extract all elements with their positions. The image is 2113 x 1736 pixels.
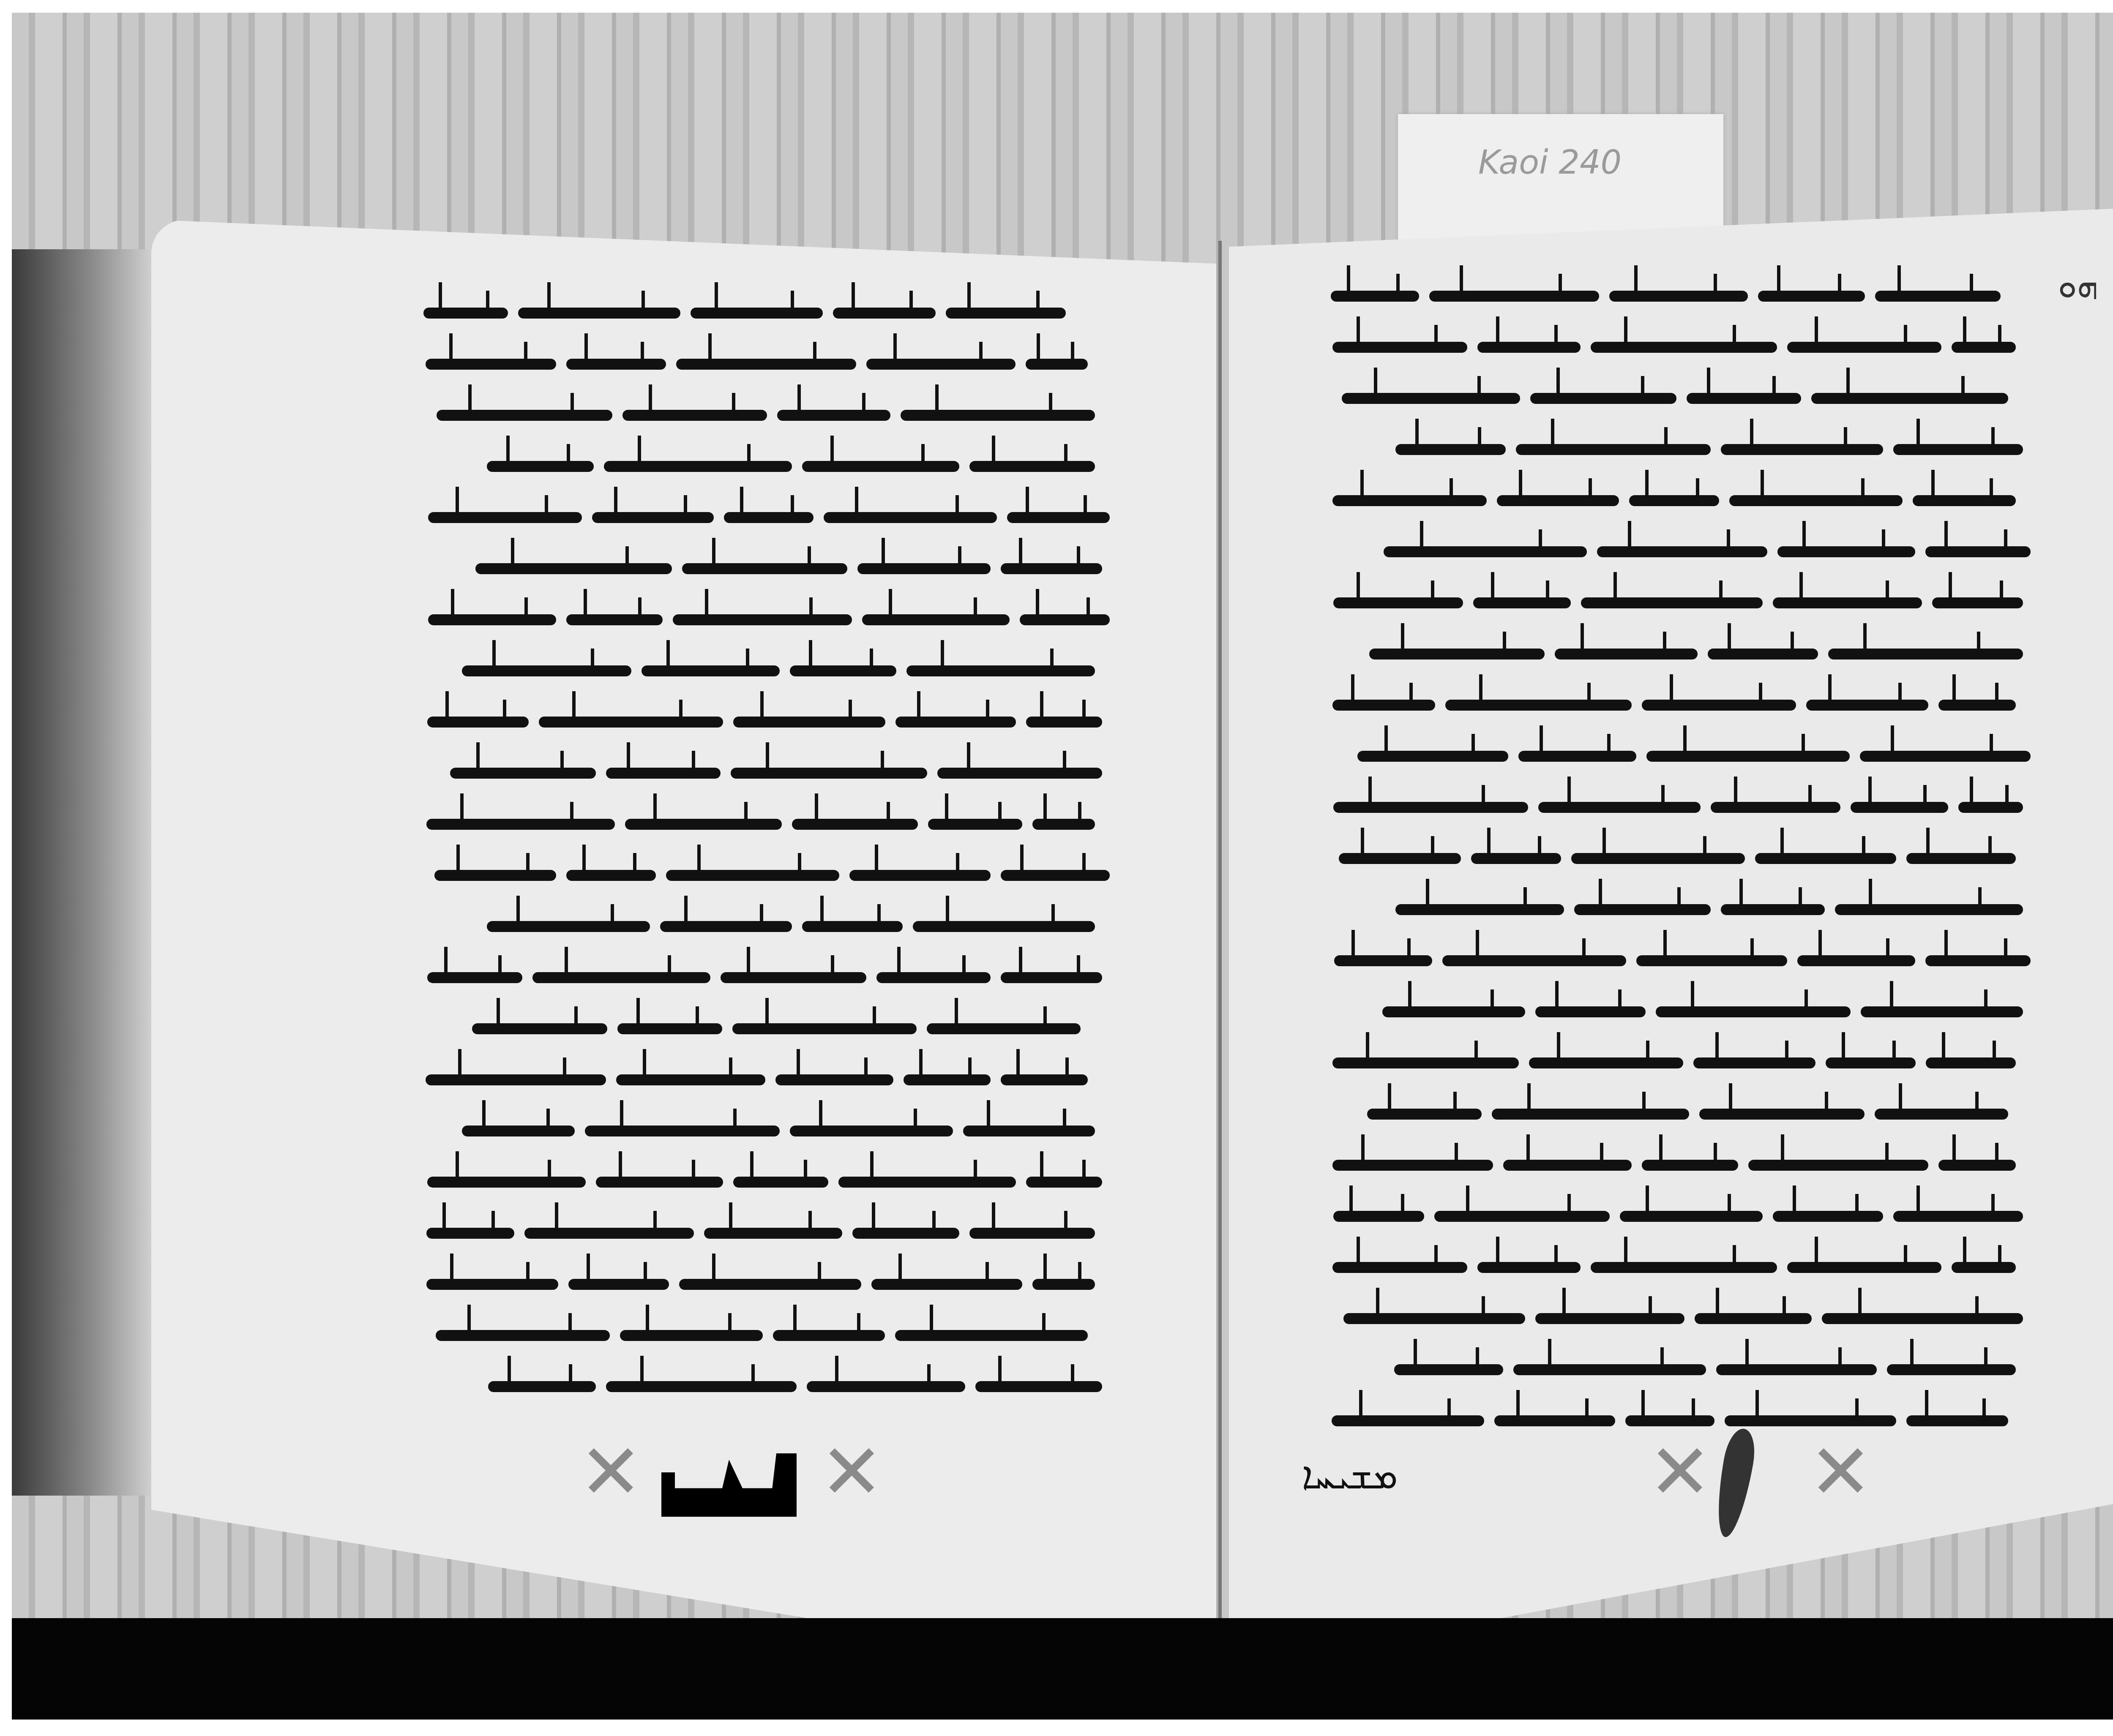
script-word — [566, 359, 666, 370]
text-line — [397, 1207, 1095, 1259]
script-word — [1925, 546, 2030, 557]
script-word — [1748, 1160, 1928, 1171]
script-word — [824, 512, 997, 523]
script-word — [606, 1381, 796, 1392]
script-word — [969, 1228, 1095, 1239]
text-line — [1302, 935, 2031, 986]
script-word — [1026, 1177, 1102, 1188]
script-word — [436, 1330, 610, 1341]
script-word — [1032, 1279, 1095, 1290]
script-word — [1535, 1006, 1646, 1017]
text-line — [1302, 373, 2008, 424]
script-word — [487, 921, 650, 932]
script-word — [732, 1023, 917, 1034]
script-word — [866, 359, 1016, 370]
script-word — [1492, 1109, 1689, 1120]
script-word — [895, 717, 1016, 728]
catchword: ܡܫܝܚܐ — [1302, 1453, 1398, 1498]
text-line — [1302, 986, 2023, 1037]
script-word — [487, 461, 594, 472]
script-word — [895, 1330, 1088, 1341]
text-line — [1302, 730, 2031, 782]
script-word — [1513, 1364, 1706, 1375]
script-word — [1357, 751, 1508, 762]
script-word — [1434, 1211, 1610, 1222]
script-word — [1597, 546, 1768, 557]
script-word — [437, 410, 612, 421]
text-line — [1302, 1139, 2016, 1191]
script-word — [1395, 444, 1506, 455]
script-word — [1851, 802, 1948, 813]
script-word — [1699, 1109, 1865, 1120]
script-word — [1442, 955, 1626, 966]
text-line — [1302, 679, 2016, 730]
right-page-text — [1302, 270, 2045, 1446]
script-word — [606, 768, 720, 779]
script-word — [792, 819, 917, 830]
shelf-label-text: Kaoi 240 — [1478, 144, 1622, 182]
script-word — [790, 665, 897, 676]
script-word — [775, 1074, 893, 1085]
script-word — [642, 665, 780, 676]
script-word — [1620, 1211, 1763, 1222]
script-word — [472, 1023, 607, 1034]
script-word — [679, 1279, 861, 1290]
script-word — [622, 410, 767, 421]
script-word — [426, 1228, 514, 1239]
script-word — [1729, 495, 1903, 506]
script-word — [434, 870, 556, 881]
text-line — [397, 543, 1102, 594]
script-word — [524, 1228, 694, 1239]
script-word — [1656, 1006, 1851, 1017]
script-word — [1395, 904, 1564, 915]
text-line — [1302, 1037, 2016, 1088]
script-word — [426, 1074, 606, 1085]
script-word — [1574, 904, 1711, 915]
script-word — [777, 410, 890, 421]
script-word — [1331, 291, 1419, 302]
text-line — [397, 747, 1102, 799]
script-word — [1755, 853, 1897, 864]
text-line — [1302, 526, 2031, 577]
script-word — [937, 768, 1102, 779]
script-word — [849, 870, 991, 881]
script-word — [1535, 1313, 1684, 1324]
script-word — [1026, 359, 1088, 370]
script-word — [969, 461, 1095, 472]
script-word — [1636, 955, 1787, 966]
script-word — [862, 614, 1010, 625]
script-word — [1811, 393, 2008, 404]
script-word — [1711, 802, 1840, 813]
script-word — [733, 717, 885, 728]
text-line — [1302, 884, 2023, 935]
script-word — [660, 921, 792, 932]
text-line — [397, 287, 1066, 338]
script-word — [566, 870, 656, 881]
text-line — [1302, 475, 2016, 526]
text-line — [1302, 322, 2016, 373]
script-word — [1925, 955, 2030, 966]
script-word — [1642, 700, 1796, 711]
script-word — [1382, 1006, 1525, 1017]
script-word — [1497, 495, 1619, 506]
script-word — [802, 921, 903, 932]
script-word — [1332, 495, 1487, 506]
script-word — [426, 819, 615, 830]
script-word — [1913, 495, 2015, 506]
script-word — [871, 1279, 1022, 1290]
script-word — [1494, 1415, 1615, 1426]
script-word — [1687, 393, 1801, 404]
text-line — [397, 594, 1110, 645]
script-word — [807, 1381, 965, 1392]
script-word — [724, 512, 814, 523]
script-word — [1001, 563, 1102, 574]
script-word — [1725, 1415, 1896, 1426]
script-word — [1343, 1313, 1525, 1324]
script-word — [1473, 597, 1570, 608]
script-word — [1629, 495, 1719, 506]
script-word — [532, 972, 710, 983]
script-word — [1339, 853, 1461, 864]
text-line — [1302, 1088, 2008, 1139]
script-word — [857, 563, 991, 574]
script-word — [518, 308, 681, 319]
script-word — [596, 1177, 723, 1188]
text-line — [397, 1259, 1095, 1310]
script-word — [1938, 700, 2015, 711]
script-word — [462, 1126, 575, 1136]
script-word — [1530, 393, 1676, 404]
script-word — [1332, 1160, 1493, 1171]
script-word — [1477, 1262, 1580, 1273]
script-word — [1333, 802, 1528, 813]
script-word — [1721, 904, 1825, 915]
script-word — [904, 1074, 991, 1085]
script-word — [1787, 1262, 1941, 1273]
script-word — [1332, 1057, 1519, 1068]
script-word — [1032, 819, 1095, 830]
script-word — [1861, 1006, 2023, 1017]
script-word — [673, 614, 852, 625]
text-line — [397, 338, 1088, 390]
script-word — [1906, 853, 2016, 864]
script-word — [1471, 853, 1561, 864]
script-word — [1646, 751, 1850, 762]
script-word — [620, 1330, 763, 1341]
decoration-cross-icon: ✕ — [579, 1428, 643, 1516]
text-line — [1302, 782, 2023, 833]
script-word — [1828, 649, 2023, 660]
script-word — [1020, 614, 1109, 625]
text-line — [397, 1361, 1102, 1412]
script-word — [1518, 751, 1636, 762]
script-word — [838, 1177, 1016, 1188]
text-line — [397, 1156, 1102, 1207]
decoration-cross-icon: ✕ — [1809, 1428, 1873, 1516]
script-word — [1958, 802, 2023, 813]
text-line — [397, 441, 1095, 492]
folio-mark: ܗܘ — [2058, 266, 2098, 306]
script-word — [1952, 342, 2016, 353]
script-word — [1773, 1211, 1883, 1222]
script-word — [901, 410, 1095, 421]
text-line — [397, 390, 1095, 441]
script-word — [1503, 1160, 1632, 1171]
script-word — [1875, 291, 2001, 302]
script-word — [1591, 342, 1777, 353]
script-word — [539, 717, 723, 728]
script-word — [1721, 444, 1883, 455]
script-word — [427, 1177, 586, 1188]
script-word — [592, 512, 714, 523]
script-word — [1001, 972, 1102, 983]
script-word — [1835, 904, 2023, 915]
script-word — [1695, 1313, 1812, 1324]
text-line — [397, 799, 1095, 850]
script-word — [721, 972, 866, 983]
text-line — [1302, 1242, 2016, 1293]
script-word — [1571, 853, 1745, 864]
script-word — [1952, 1262, 2016, 1273]
script-word — [1369, 649, 1545, 660]
script-word — [1367, 1109, 1482, 1120]
script-word — [876, 972, 991, 983]
script-word — [731, 768, 927, 779]
script-word — [1773, 597, 1922, 608]
script-word — [1642, 1160, 1738, 1171]
script-word — [1758, 291, 1865, 302]
text-line — [397, 1310, 1088, 1361]
script-word — [426, 359, 556, 370]
script-word — [1529, 1057, 1683, 1068]
script-word — [1693, 1057, 1815, 1068]
text-line — [397, 645, 1095, 696]
script-word — [790, 1126, 953, 1136]
text-line — [397, 850, 1110, 901]
script-word — [1893, 1211, 2023, 1222]
script-word — [1332, 700, 1435, 711]
script-word — [906, 665, 1095, 676]
script-word — [833, 308, 935, 319]
script-word — [1332, 342, 1467, 353]
script-word — [1822, 1313, 2023, 1324]
script-word — [604, 461, 792, 472]
script-word — [462, 665, 631, 676]
script-word — [427, 972, 522, 983]
text-line — [397, 492, 1110, 543]
script-word — [1429, 291, 1599, 302]
script-word — [1787, 342, 1941, 353]
text-line — [397, 1054, 1088, 1105]
script-word — [963, 1126, 1095, 1136]
script-word — [1797, 955, 1915, 966]
text-line — [1302, 1344, 2016, 1395]
script-word — [585, 1126, 780, 1136]
text-line — [397, 1003, 1081, 1054]
script-word — [428, 614, 556, 625]
script-word — [1445, 700, 1632, 711]
script-word — [1893, 444, 2023, 455]
decoration-cross-icon: ✕ — [820, 1428, 884, 1516]
script-word — [1538, 802, 1701, 813]
script-word — [928, 819, 1022, 830]
script-word — [450, 768, 596, 779]
script-word — [676, 359, 856, 370]
script-word — [704, 1228, 842, 1239]
script-word — [975, 1381, 1102, 1392]
text-line — [1302, 1293, 2023, 1344]
text-line — [1302, 628, 2023, 679]
script-word — [1716, 1364, 1877, 1375]
script-word — [802, 461, 959, 472]
text-line — [397, 1105, 1095, 1156]
text-line — [397, 696, 1102, 747]
script-word — [927, 1023, 1081, 1034]
script-word — [1581, 597, 1763, 608]
gutter — [1218, 241, 1222, 1686]
script-word — [1938, 1160, 2015, 1171]
decoration-cross-icon: ✕ — [1648, 1428, 1712, 1516]
script-word — [1887, 1364, 2015, 1375]
script-word — [691, 308, 823, 319]
script-word — [1777, 546, 1915, 557]
script-word — [475, 563, 672, 574]
script-word — [1384, 546, 1587, 557]
script-word — [616, 1074, 765, 1085]
script-word — [1826, 1057, 1916, 1068]
script-word — [852, 1228, 959, 1239]
text-line — [397, 901, 1095, 952]
script-word — [733, 1177, 828, 1188]
script-word — [568, 1279, 669, 1290]
script-word — [1001, 1074, 1088, 1085]
script-word — [1708, 649, 1818, 660]
script-word — [773, 1330, 885, 1341]
script-word — [1806, 700, 1928, 711]
script-word — [617, 1023, 722, 1034]
text-line — [1302, 577, 2023, 628]
script-word — [1932, 597, 2023, 608]
script-word — [428, 512, 582, 523]
script-word — [1477, 342, 1580, 353]
script-word — [625, 819, 782, 830]
script-word — [423, 308, 508, 319]
script-word — [1333, 1211, 1424, 1222]
script-word — [1516, 444, 1711, 455]
script-word — [1334, 955, 1433, 966]
text-line — [1302, 1191, 2023, 1242]
text-line — [1302, 833, 2016, 884]
script-word — [1555, 649, 1698, 660]
script-word — [1860, 751, 2031, 762]
script-word — [946, 308, 1066, 319]
script-word — [1342, 393, 1520, 404]
script-word — [1026, 717, 1102, 728]
script-word — [1906, 1415, 2008, 1426]
left-page-text — [397, 287, 1124, 1412]
script-word — [1591, 1262, 1777, 1273]
text-line — [1302, 424, 2023, 475]
text-line — [397, 952, 1102, 1003]
script-word — [1332, 1262, 1467, 1273]
script-word — [488, 1381, 596, 1392]
script-word — [426, 1279, 558, 1290]
script-word — [427, 717, 529, 728]
script-word — [913, 921, 1095, 932]
script-word — [1333, 597, 1463, 608]
text-line — [1302, 270, 2001, 322]
script-word — [1625, 1415, 1714, 1426]
script-word — [1394, 1364, 1504, 1375]
script-word — [1007, 512, 1110, 523]
script-word — [1609, 291, 1748, 302]
table-shadow — [12, 1618, 2113, 1720]
script-word — [1332, 1415, 1484, 1426]
script-word — [566, 614, 663, 625]
script-word — [1001, 870, 1110, 881]
script-word — [1875, 1109, 2008, 1120]
script-word — [666, 870, 839, 881]
script-word — [1926, 1057, 2016, 1068]
script-word — [682, 563, 847, 574]
